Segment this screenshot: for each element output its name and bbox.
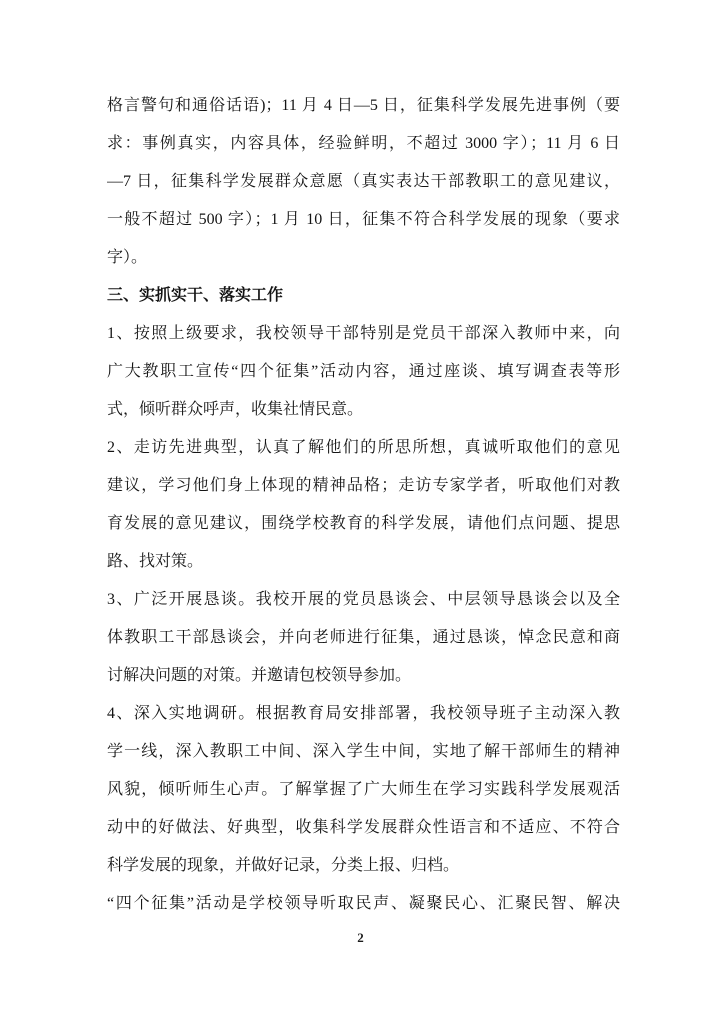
text-line: 体教职工干部恳谈会，并向老师进行征集，通过恳谈，悼念民意和商: [107, 619, 620, 657]
text-line: 式，倾听群众呼声，收集社情民意。: [107, 391, 620, 429]
text-line: 科学发展的现象，并做好记录，分类上报、归档。: [107, 847, 620, 885]
text-line: 建议，学习他们身上体现的精神品格；走访专家学者，听取他们对教: [107, 467, 620, 505]
text-line: 格言警句和通俗话语)；11 月 4 日—5 日，征集科学发展先进事例（要: [107, 87, 620, 125]
text-line: 求：事例真实，内容具体，经验鲜明，不超过 3000 字）；11 月 6 日: [107, 125, 620, 163]
text-line: 2、走访先进典型，认真了解他们的所思所想，真诚听取他们的意见: [107, 429, 620, 467]
text-line: 学一线，深入教职工中间、深入学生中间，实地了解干部师生的精神: [107, 733, 620, 771]
text-line: 路、找对策。: [107, 543, 620, 581]
document-body: 格言警句和通俗话语)；11 月 4 日—5 日，征集科学发展先进事例（要 求：事…: [107, 87, 620, 923]
text-line: 讨解决问题的对策。并邀请包校领导参加。: [107, 657, 620, 695]
text-line: 1、按照上级要求，我校领导干部特别是党员干部深入教师中来，向: [107, 315, 620, 353]
text-line: 广大教职工宣传“四个征集”活动内容，通过座谈、填写调查表等形: [107, 353, 620, 391]
text-line: 一般不超过 500 字）；1 月 10 日，征集不符合科学发展的现象（要求: [107, 201, 620, 239]
text-line: 4、深入实地调研。根据教育局安排部署，我校领导班子主动深入教: [107, 695, 620, 733]
text-line: “四个征集”活动是学校领导听取民声、凝聚民心、汇聚民智、解决: [107, 885, 620, 923]
text-line: 字）。: [107, 239, 620, 277]
section-heading: 三、实抓实干、落实工作: [107, 277, 620, 315]
text-line: 风貌，倾听师生心声。了解掌握了广大师生在学习实践科学发展观活: [107, 771, 620, 809]
document-page: 格言警句和通俗话语)；11 月 4 日—5 日，征集科学发展先进事例（要 求：事…: [0, 0, 721, 1020]
text-line: —7 日，征集科学发展群众意愿（真实表达干部教职工的意见建议，: [107, 163, 620, 201]
text-line: 育发展的意见建议，围绕学校教育的科学发展，请他们点问题、提思: [107, 505, 620, 543]
text-line: 3、广泛开展恳谈。我校开展的党员恳谈会、中层领导恳谈会以及全: [107, 581, 620, 619]
page-number: 2: [0, 927, 721, 949]
text-line: 动中的好做法、好典型，收集科学发展群众性语言和不适应、不符合: [107, 809, 620, 847]
